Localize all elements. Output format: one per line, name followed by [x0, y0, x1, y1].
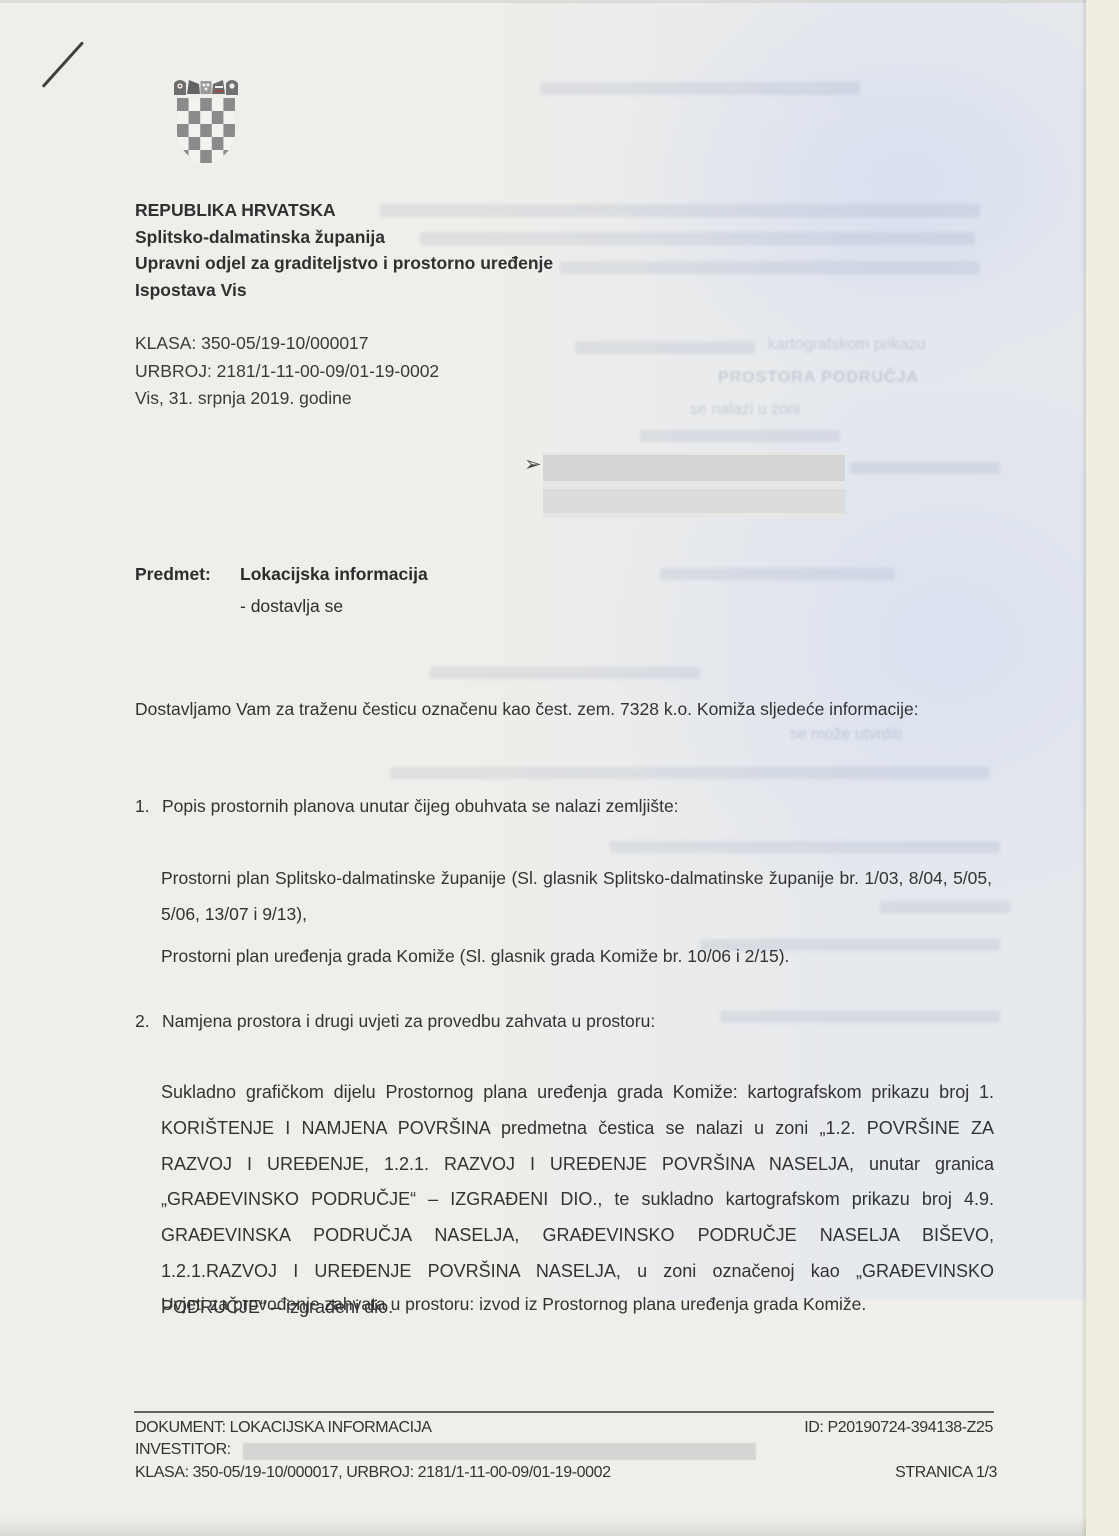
- scan-top-edge: [0, 0, 1086, 3]
- bleed-through-bar: [540, 82, 860, 95]
- intro-paragraph: Dostavljamo Vam za traženu česticu označ…: [135, 692, 991, 728]
- bleed-through-bar: [660, 568, 895, 580]
- investor-redaction-bar: [243, 1443, 756, 1460]
- scan-bottom-shadow: [0, 1516, 1086, 1536]
- list-item-2-text: Namjena prostora i drugi uvjeti za prove…: [162, 1011, 655, 1032]
- subject-label: Predmet:: [135, 564, 211, 585]
- croatia-coat-of-arms-icon: [172, 74, 240, 177]
- plan-paragraph-county: Prostorni plan Splitsko-dalmatinske župa…: [161, 860, 992, 932]
- bleed-through-bar: [640, 430, 840, 442]
- recipient-arrow-icon: ➢: [524, 452, 542, 477]
- bleed-through-bar: [390, 767, 990, 779]
- list-item-2-number: 2.: [135, 1011, 162, 1032]
- scanner-background-strip: [1086, 0, 1119, 1536]
- letterhead-department: Upravni odjel za graditeljstvo i prostor…: [135, 250, 553, 277]
- bleed-through-bar: [610, 841, 1000, 853]
- subject-subtitle: - dostavlja se: [240, 596, 343, 617]
- bleed-through-bar: [575, 341, 755, 354]
- bleed-through-bar: [560, 261, 980, 274]
- footer-document-id: ID: P20190724-394138-Z25: [804, 1419, 993, 1437]
- list-item-1-text: Popis prostornih planova unutar čijeg ob…: [162, 796, 679, 817]
- place-and-date: Vis, 31. srpnja 2019. godine: [135, 385, 439, 413]
- conditions-paragraph: Uvjeti za provođenje zahvata u prostoru:…: [161, 1287, 994, 1322]
- footer-document-label: DOKUMENT: LOKACIJSKA INFORMACIJA: [135, 1419, 432, 1437]
- list-item-1-heading: 1. Popis prostornih planova unutar čijeg…: [135, 796, 679, 817]
- footer-investor-label: INVESTITOR:: [135, 1441, 231, 1459]
- letterhead-branch: Ispostava Vis: [135, 277, 553, 304]
- subject-title: Lokacijska informacija: [240, 564, 428, 585]
- bleed-through-bar: [430, 667, 700, 679]
- scanned-document-page: kartografskom prikazu PROSTORA PODRUČJA …: [0, 0, 1119, 1536]
- bleed-through-text: se nalazi u zoni: [690, 401, 800, 419]
- pen-slash-mark: [42, 41, 85, 88]
- recipient-redaction: [543, 452, 845, 518]
- redaction-bar: [543, 455, 845, 481]
- footer-divider: [134, 1411, 994, 1413]
- list-item-1-number: 1.: [135, 796, 162, 817]
- footer-klasa-urbroj: KLASA: 350-05/19-10/000017, URBROJ: 2181…: [135, 1464, 611, 1482]
- reference-block: KLASA: 350-05/19-10/000017 URBROJ: 2181/…: [135, 330, 439, 413]
- urbroj-number: URBROJ: 2181/1-11-00-09/01-19-0002: [135, 358, 439, 386]
- bleed-through-text: PROSTORA PODRUČJA: [718, 369, 919, 387]
- letterhead-country: REPUBLIKA HRVATSKA: [135, 197, 553, 224]
- redaction-bar: [543, 489, 845, 513]
- klasa-number: KLASA: 350-05/19-10/000017: [135, 330, 439, 358]
- footer-page-number: STRANICA 1/3: [895, 1464, 997, 1482]
- plan-paragraph-town: Prostorni plan uređenja grada Komiže (Sl…: [161, 938, 992, 974]
- bleed-through-text: kartografskom prikazu: [768, 336, 925, 354]
- bleed-through-bar: [720, 1011, 1000, 1023]
- bleed-through-text: se može utvrditi: [790, 726, 902, 744]
- letterhead-county: Splitsko-dalmatinska županija: [135, 224, 553, 251]
- list-item-2-heading: 2. Namjena prostora i drugi uvjeti za pr…: [135, 1011, 655, 1032]
- letterhead: REPUBLIKA HRVATSKA Splitsko-dalmatinska …: [135, 197, 553, 303]
- bleed-through-bar: [850, 462, 1000, 474]
